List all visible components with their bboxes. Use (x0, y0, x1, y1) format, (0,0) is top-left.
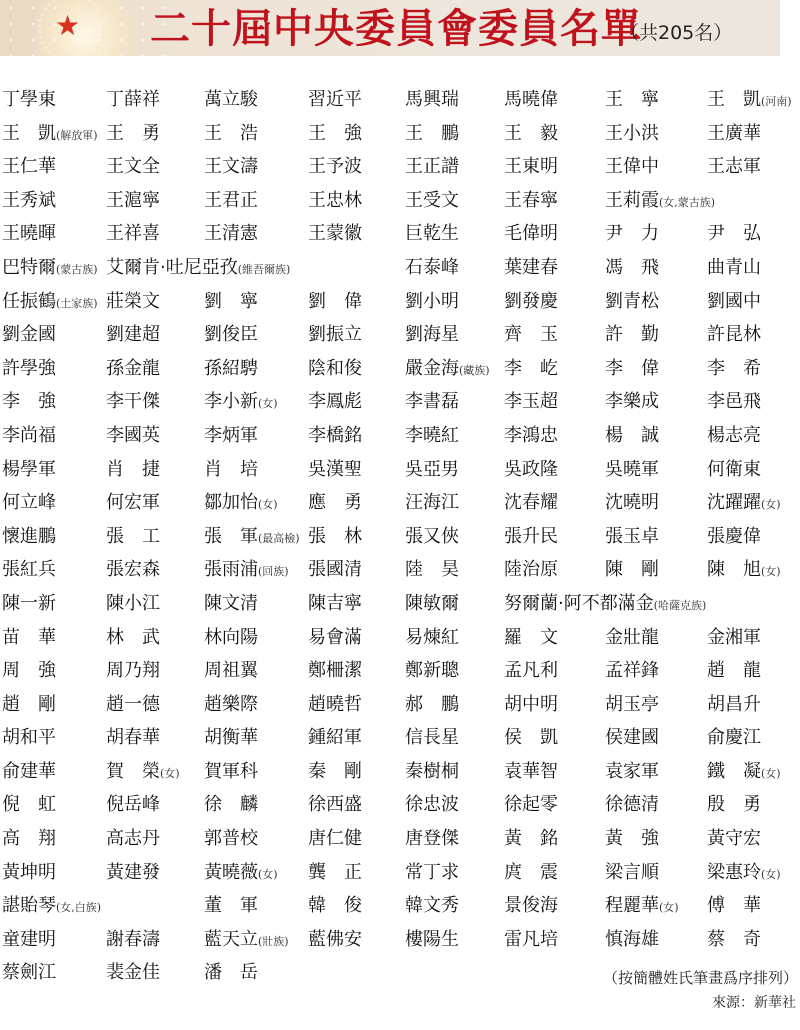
name-annotation: (女) (258, 498, 278, 511)
member-name: 羅 文 (504, 626, 558, 650)
member-name: 李國英 (106, 424, 160, 448)
member-name: 鄭柵潔 (308, 659, 362, 683)
name-text: 徐 麟 (204, 794, 258, 815)
member-name: 陳文清 (204, 592, 258, 616)
name-text: 秦 剛 (308, 761, 362, 782)
name-text: 王滬寧 (106, 190, 160, 211)
member-name: 何宏軍 (106, 491, 160, 515)
name-text: 慎海雄 (605, 929, 659, 950)
name-text: 李鴻忠 (504, 425, 558, 446)
name-text: 王 浩 (204, 123, 258, 144)
name-text: 楊志亮 (707, 425, 761, 446)
name-text: 李邑飛 (707, 391, 761, 412)
name-text: 信長星 (405, 727, 459, 748)
name-text: 齊 玉 (504, 324, 558, 345)
member-name: 張 工 (106, 525, 160, 549)
name-text: 金壯龍 (605, 627, 659, 648)
name-annotation: (女) (761, 565, 781, 578)
name-text: 習近平 (308, 89, 362, 110)
name-text: 王忠林 (308, 190, 362, 211)
name-text: 肖 捷 (106, 459, 160, 480)
member-name: 傅 華 (707, 894, 761, 918)
member-name: 石泰峰 (405, 256, 459, 280)
name-annotation: (河南) (761, 95, 792, 108)
name-text: 梁言順 (605, 862, 659, 883)
table-row: 苗 華林 武林向陽易會滿易煉紅羅 文金壯龍金湘軍 (2, 626, 800, 660)
name-text: 唐仁健 (308, 828, 362, 849)
member-name: 何衛東 (707, 458, 761, 482)
member-name: 王曉暉 (2, 222, 56, 246)
name-text: 王志軍 (707, 156, 761, 177)
member-name: 劉小明 (405, 290, 459, 314)
member-name: 王文全 (106, 155, 160, 179)
member-name: 陳 旭(女) (707, 558, 781, 584)
member-name: 童建明 (2, 928, 56, 952)
member-name: 巴特爾(蒙古族) (2, 256, 98, 282)
table-row: 許學強孫金龍孫紹騁陰和俊嚴金海(藏族)李 屹李 偉李 希 (2, 357, 800, 391)
name-text: 徐起零 (504, 794, 558, 815)
name-text: 黃 強 (605, 828, 659, 849)
member-name: 應 勇 (308, 491, 362, 515)
member-name: 董 軍 (204, 894, 258, 918)
name-text: 許學強 (2, 358, 56, 379)
member-name: 劉振立 (308, 323, 362, 347)
name-text: 張玉卓 (605, 526, 659, 547)
name-text: 劉俊臣 (204, 324, 258, 345)
name-text: 高 翔 (2, 828, 56, 849)
name-text: 李 偉 (605, 358, 659, 379)
member-name: 周祖翼 (204, 659, 258, 683)
name-text: 倪 虹 (2, 794, 56, 815)
member-name: 郝 鵬 (405, 693, 459, 717)
name-text: 馮 飛 (605, 257, 659, 278)
name-text: 張 軍 (204, 526, 258, 547)
table-row: 高 翔高志丹郭普校唐仁健唐登傑黃 銘黃 強黃守宏 (2, 827, 800, 861)
name-text: 唐登傑 (405, 828, 459, 849)
name-text: 孟凡利 (504, 660, 558, 681)
name-text: 程麗華 (605, 895, 659, 916)
member-name: 張宏森 (106, 558, 160, 582)
name-text: 李樂成 (605, 391, 659, 412)
name-annotation: (壯族) (258, 935, 289, 948)
name-text: 黃建發 (106, 862, 160, 883)
member-name: 張玉卓 (605, 525, 659, 549)
name-text: 韓文秀 (405, 895, 459, 916)
member-name: 李小新(女) (204, 390, 278, 416)
name-text: 蔡 奇 (707, 929, 761, 950)
name-text: 李尚福 (2, 425, 56, 446)
member-name: 尹 弘 (707, 222, 761, 246)
member-name: 庹 震 (504, 861, 558, 885)
name-text: 鐵 凝 (707, 761, 761, 782)
member-name: 侯建國 (605, 726, 659, 750)
name-text: 王廣華 (707, 123, 761, 144)
member-name: 倪岳峰 (106, 793, 160, 817)
name-text: 賀 榮 (106, 761, 160, 782)
name-text: 王小洪 (605, 123, 659, 144)
member-name: 王祥喜 (106, 222, 160, 246)
member-name: 周乃翔 (106, 659, 160, 683)
name-text: 倪岳峰 (106, 794, 160, 815)
member-name: 任振鶴(土家族) (2, 290, 98, 316)
name-text: 李 屹 (504, 358, 558, 379)
member-name: 黃 銘 (504, 827, 558, 851)
member-name: 唐登傑 (405, 827, 459, 851)
name-text: 陰和俊 (308, 358, 362, 379)
name-annotation: (女) (258, 868, 278, 881)
name-text: 趙樂際 (204, 694, 258, 715)
name-text: 王文濤 (204, 156, 258, 177)
name-text: 趙曉哲 (308, 694, 362, 715)
member-name: 李邑飛 (707, 390, 761, 414)
name-text: 吳曉軍 (605, 459, 659, 480)
member-name: 沈曉明 (605, 491, 659, 515)
name-text: 王蒙徽 (308, 223, 362, 244)
member-name: 賀 榮(女) (106, 760, 180, 786)
name-text: 巨乾生 (405, 223, 459, 244)
name-text: 王清憲 (204, 223, 258, 244)
name-text: 王正譜 (405, 156, 459, 177)
member-name: 吳政隆 (504, 458, 558, 482)
member-name: 陰和俊 (308, 357, 362, 381)
name-text: 董 軍 (204, 895, 258, 916)
name-text: 諶貽琴 (2, 895, 56, 916)
name-text: 丁學東 (2, 89, 56, 110)
name-text: 張升民 (504, 526, 558, 547)
name-text: 苗 華 (2, 627, 56, 648)
name-text: 景俊海 (504, 895, 558, 916)
member-name: 黃曉薇(女) (204, 861, 278, 887)
member-name: 王正譜 (405, 155, 459, 179)
name-text: 周 強 (2, 660, 56, 681)
name-text: 王 強 (308, 123, 362, 144)
source-credit: 來源：新華社 (712, 992, 796, 1012)
member-name: 李曉紅 (405, 424, 459, 448)
name-text: 李炳軍 (204, 425, 258, 446)
name-text: 陳 旭 (707, 559, 761, 580)
member-name: 俞建華 (2, 760, 56, 784)
name-text: 胡玉亭 (605, 694, 659, 715)
name-text: 鄭柵潔 (308, 660, 362, 681)
name-text: 黃 銘 (504, 828, 558, 849)
member-name: 徐 麟 (204, 793, 258, 817)
name-text: 王 鵬 (405, 123, 459, 144)
member-name: 李炳軍 (204, 424, 258, 448)
table-row: 周 強周乃翔周祖翼鄭柵潔鄭新聰孟凡利孟祥鋒趙 龍 (2, 659, 800, 693)
member-name: 吳亞男 (405, 458, 459, 482)
name-text: 王予波 (308, 156, 362, 177)
name-text: 應 勇 (308, 492, 362, 513)
name-text: 李 希 (707, 358, 761, 379)
member-name: 王 凱(河南) (707, 88, 792, 114)
name-text: 沈春耀 (504, 492, 558, 513)
table-row: 李 強李干傑李小新(女)李鳳彪李書磊李玉超李樂成李邑飛 (2, 390, 800, 424)
name-text: 張宏森 (106, 559, 160, 580)
name-text: 孫金龍 (106, 358, 160, 379)
member-name: 胡中明 (504, 693, 558, 717)
name-text: 吳亞男 (405, 459, 459, 480)
name-text: 周乃翔 (106, 660, 160, 681)
name-text: 李橋銘 (308, 425, 362, 446)
member-name: 王春寧 (504, 189, 558, 213)
name-text: 汪海江 (405, 492, 459, 513)
member-name: 王予波 (308, 155, 362, 179)
name-text: 王 凱 (707, 89, 761, 110)
member-name: 陳小江 (106, 592, 160, 616)
name-text: 李書磊 (405, 391, 459, 412)
name-text: 俞建華 (2, 761, 56, 782)
name-text: 王偉中 (605, 156, 659, 177)
member-name: 馬興瑞 (405, 88, 459, 112)
name-text: 庹 震 (504, 862, 558, 883)
name-text: 吳漢聖 (308, 459, 362, 480)
name-text: 侯 凱 (504, 727, 558, 748)
name-text: 袁華智 (504, 761, 558, 782)
name-text: 郭普校 (204, 828, 258, 849)
member-name: 許 勤 (605, 323, 659, 347)
member-name: 程麗華(女) (605, 894, 679, 920)
table-row: 趙 剛趙一德趙樂際趙曉哲郝 鵬胡中明胡玉亭胡昌升 (2, 693, 800, 727)
name-text: 劉海星 (405, 324, 459, 345)
member-name: 趙曉哲 (308, 693, 362, 717)
name-text: 殷 勇 (707, 794, 761, 815)
member-name: 藍佛安 (308, 928, 362, 952)
table-row: 張紅兵張宏森張雨浦(回族)張國清陸 昊陸治原陳 剛陳 旭(女) (2, 558, 800, 592)
name-annotation: (女) (761, 868, 781, 881)
member-name: 龔 正 (308, 861, 362, 885)
member-name: 景俊海 (504, 894, 558, 918)
member-name: 樓陽生 (405, 928, 459, 952)
member-name: 高 翔 (2, 827, 56, 851)
name-text: 劉 偉 (308, 291, 362, 312)
name-text: 吳政隆 (504, 459, 558, 480)
table-row: 李尚福李國英李炳軍李橋銘李曉紅李鴻忠楊 誠楊志亮 (2, 424, 800, 458)
member-name: 曲青山 (707, 256, 761, 280)
table-row: 俞建華賀 榮(女)賀軍科秦 剛秦樹桐袁華智袁家軍鐵 凝(女) (2, 760, 800, 794)
name-annotation: (土家族) (56, 297, 98, 310)
name-text: 謝春濤 (106, 929, 160, 950)
name-text: 孫紹騁 (204, 358, 258, 379)
member-name: 王 浩 (204, 122, 258, 146)
member-name: 張升民 (504, 525, 558, 549)
member-name: 秦 剛 (308, 760, 362, 784)
name-text: 胡春華 (106, 727, 160, 748)
member-name: 俞慶江 (707, 726, 761, 750)
name-annotation: (藏族) (459, 364, 490, 377)
member-name: 王小洪 (605, 122, 659, 146)
member-name: 袁華智 (504, 760, 558, 784)
member-name: 劉俊臣 (204, 323, 258, 347)
member-name: 黃守宏 (707, 827, 761, 851)
member-name: 徐西盛 (308, 793, 362, 817)
member-name: 李書磊 (405, 390, 459, 414)
member-name: 李橋銘 (308, 424, 362, 448)
name-text: 李鳳彪 (308, 391, 362, 412)
member-name: 胡昌升 (707, 693, 761, 717)
member-name: 蔡劍江 (2, 961, 56, 985)
name-annotation: (最高檢) (258, 532, 300, 545)
name-text: 劉發慶 (504, 291, 558, 312)
name-text: 劉 寧 (204, 291, 258, 312)
member-name: 王蒙徽 (308, 222, 362, 246)
member-name: 劉 偉 (308, 290, 362, 314)
table-row: 胡和平胡春華胡衡華鍾紹軍信長星侯 凱侯建國俞慶江 (2, 726, 800, 760)
member-name: 張雨浦(回族) (204, 558, 289, 584)
member-name: 楊 誠 (605, 424, 659, 448)
member-name: 王清憲 (204, 222, 258, 246)
member-name: 楊志亮 (707, 424, 761, 448)
name-text: 李小新 (204, 391, 258, 412)
member-name: 趙 龍 (707, 659, 761, 683)
name-annotation: (女) (761, 498, 781, 511)
member-name: 萬立駿 (204, 88, 258, 112)
name-text: 王文全 (106, 156, 160, 177)
member-name: 秦樹桐 (405, 760, 459, 784)
name-text: 王仁華 (2, 156, 56, 177)
name-text: 劉建超 (106, 324, 160, 345)
name-text: 劉金國 (2, 324, 56, 345)
name-text: 雷凡培 (504, 929, 558, 950)
name-text: 陳一新 (2, 593, 56, 614)
name-text: 沈曉明 (605, 492, 659, 513)
name-annotation: (女) (659, 901, 679, 914)
member-name: 沈春耀 (504, 491, 558, 515)
name-text: 艾爾肯·吐尼亞孜 (106, 257, 238, 278)
name-text: 石泰峰 (405, 257, 459, 278)
member-name: 侯 凱 (504, 726, 558, 750)
member-name: 金湘軍 (707, 626, 761, 650)
name-text: 王東明 (504, 156, 558, 177)
table-row: 巴特爾(蒙古族)艾爾肯·吐尼亞孜(維吾爾族)石泰峰葉建春馮 飛曲青山 (2, 256, 800, 290)
name-text: 張慶偉 (707, 526, 761, 547)
member-name: 王仁華 (2, 155, 56, 179)
name-text: 易會滿 (308, 627, 362, 648)
member-name: 何立峰 (2, 491, 56, 515)
table-row: 陳一新陳小江陳文清陳吉寧陳敏爾努爾蘭·阿不都滿金(哈薩克族) (2, 592, 800, 626)
member-name: 王 勇 (106, 122, 160, 146)
member-name: 劉建超 (106, 323, 160, 347)
name-annotation: (女,蒙古族) (659, 196, 715, 209)
name-text: 鍾紹軍 (308, 727, 362, 748)
table-row: 任振鶴(土家族)莊榮文劉 寧劉 偉劉小明劉發慶劉青松劉國中 (2, 290, 800, 324)
member-name: 胡衡華 (204, 726, 258, 750)
member-name: 丁薛祥 (106, 88, 160, 112)
member-name: 王偉中 (605, 155, 659, 179)
name-text: 胡昌升 (707, 694, 761, 715)
name-text: 俞慶江 (707, 727, 761, 748)
name-text: 任振鶴 (2, 291, 56, 312)
page-title: 二十屆中央委員會委員名單 (150, 6, 642, 52)
name-text: 王受文 (405, 190, 459, 211)
member-name: 吳漢聖 (308, 458, 362, 482)
name-text: 李 強 (2, 391, 56, 412)
name-text: 蔡劍江 (2, 962, 56, 983)
member-name: 陸治原 (504, 558, 558, 582)
name-annotation: (回族) (258, 565, 289, 578)
member-name: 嚴金海(藏族) (405, 357, 490, 383)
member-name: 張 林 (308, 525, 362, 549)
name-text: 張又俠 (405, 526, 459, 547)
table-row: 劉金國劉建超劉俊臣劉振立劉海星齊 玉許 勤許昆林 (2, 323, 800, 357)
name-text: 肖 培 (204, 459, 258, 480)
name-text: 嚴金海 (405, 358, 459, 379)
member-name: 藍天立(壯族) (204, 928, 289, 954)
member-name: 齊 玉 (504, 323, 558, 347)
name-text: 王祥喜 (106, 223, 160, 244)
name-text: 王 勇 (106, 123, 160, 144)
table-row: 王曉暉王祥喜王清憲王蒙徽巨乾生毛偉明尹 力尹 弘 (2, 222, 800, 256)
name-text: 周祖翼 (204, 660, 258, 681)
member-name: 王志軍 (707, 155, 761, 179)
member-name: 王 強 (308, 122, 362, 146)
name-annotation: (蒙古族) (56, 263, 98, 276)
table-row: 童建明謝春濤藍天立(壯族)藍佛安樓陽生雷凡培慎海雄蔡 奇 (2, 928, 800, 962)
member-name: 徐德清 (605, 793, 659, 817)
name-text: 林 武 (106, 627, 160, 648)
name-text: 何宏軍 (106, 492, 160, 513)
name-text: 張國清 (308, 559, 362, 580)
member-name: 李鴻忠 (504, 424, 558, 448)
name-text: 許 勤 (605, 324, 659, 345)
name-text: 徐忠波 (405, 794, 459, 815)
name-text: 懷進鵬 (2, 526, 56, 547)
member-name: 蔡 奇 (707, 928, 761, 952)
member-name: 吳曉軍 (605, 458, 659, 482)
member-name: 許昆林 (707, 323, 761, 347)
name-text: 巴特爾 (2, 257, 56, 278)
name-text: 傅 華 (707, 895, 761, 916)
member-name: 汪海江 (405, 491, 459, 515)
name-text: 鄭新聰 (405, 660, 459, 681)
table-row: 懷進鵬張 工張 軍(最高檢)張 林張又俠張升民張玉卓張慶偉 (2, 525, 800, 559)
member-name: 毛偉明 (504, 222, 558, 246)
name-text: 王 毅 (504, 123, 558, 144)
member-name: 黃坤明 (2, 861, 56, 885)
name-text: 高志丹 (106, 828, 160, 849)
name-text: 何衛東 (707, 459, 761, 480)
member-name: 胡和平 (2, 726, 56, 750)
member-name: 劉青松 (605, 290, 659, 314)
name-text: 梁惠玲 (707, 862, 761, 883)
member-name: 李干傑 (106, 390, 160, 414)
member-name: 周 強 (2, 659, 56, 683)
name-text: 陸 昊 (405, 559, 459, 580)
member-name: 丁學東 (2, 88, 56, 112)
name-text: 陳文清 (204, 593, 258, 614)
name-text: 胡衡華 (204, 727, 258, 748)
name-text: 潘 岳 (204, 962, 258, 983)
name-text: 陳吉寧 (308, 593, 362, 614)
member-name: 李 偉 (605, 357, 659, 381)
member-name: 高志丹 (106, 827, 160, 851)
name-text: 張 林 (308, 526, 362, 547)
member-name: 殷 勇 (707, 793, 761, 817)
name-text: 金湘軍 (707, 627, 761, 648)
member-name: 唐仁健 (308, 827, 362, 851)
name-text: 莊榮文 (106, 291, 160, 312)
name-annotation: (維吾爾族) (238, 263, 291, 276)
member-name: 金壯龍 (605, 626, 659, 650)
table-row: 王 凱(解放軍)王 勇王 浩王 強王 鵬王 毅王小洪王廣華 (2, 122, 800, 156)
member-name: 王文濤 (204, 155, 258, 179)
member-name: 陳 剛 (605, 558, 659, 582)
member-name: 孟凡利 (504, 659, 558, 683)
name-text: 陸治原 (504, 559, 558, 580)
name-text: 陳敏爾 (405, 593, 459, 614)
name-text: 楊 誠 (605, 425, 659, 446)
member-name: 倪 虹 (2, 793, 56, 817)
member-name: 王忠林 (308, 189, 362, 213)
